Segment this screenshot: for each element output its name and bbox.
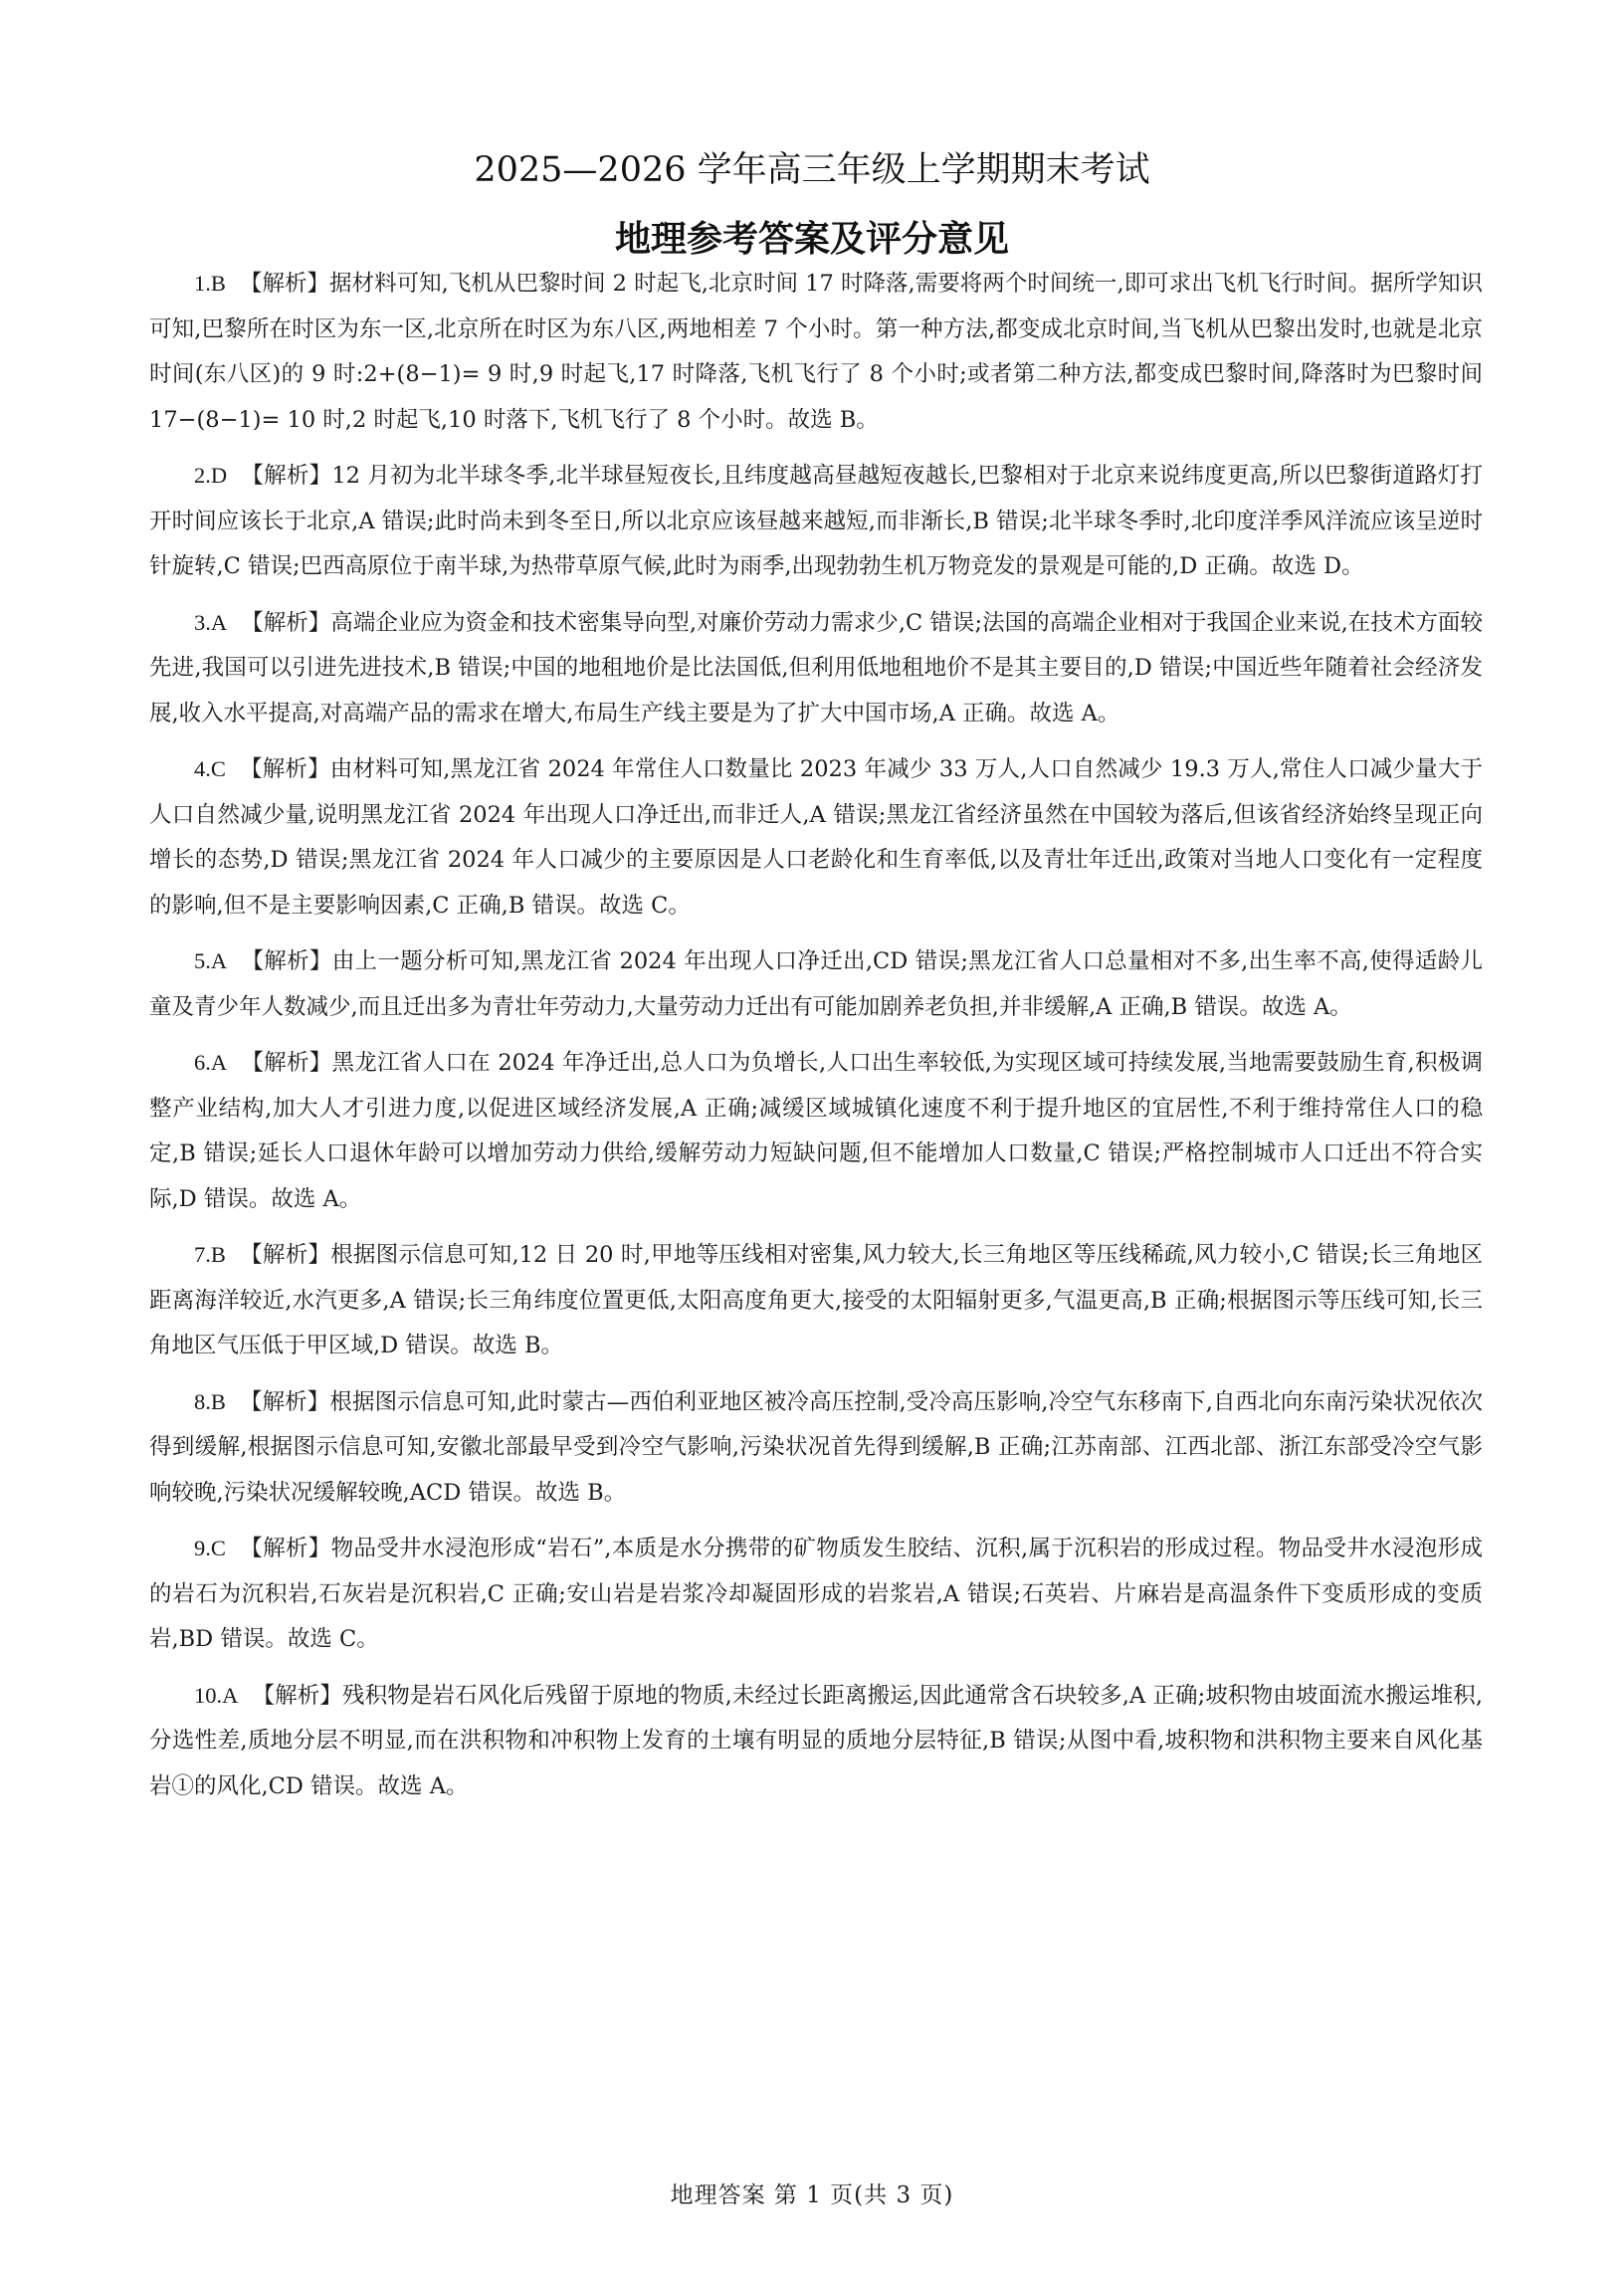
answer-item-10: 10.A【解析】残积物是岩石风化后残留于原地的物质,未经过长距离搬运,因此通常含…	[149, 1673, 1483, 1810]
answer-explanation: 根据图示信息可知,12 日 20 时,甲地等压线相对密集,风力较大,长三角地区等…	[149, 1242, 1483, 1358]
answer-number: 5.A	[194, 948, 227, 973]
page-footer: 地理答案 第 1 页(共 3 页)	[0, 2176, 1624, 2209]
answer-explanation: 高端企业应为资金和技术密集导向型,对廉价劳动力需求少,C 错误;法国的高端企业相…	[149, 610, 1483, 726]
analysis-tag: 【解析】	[240, 756, 330, 782]
answer-explanation: 由上一题分析可知,黑龙江省 2024 年出现人口净迁出,CD 错误;黑龙江省人口…	[149, 948, 1483, 1020]
answer-number: 7.B	[194, 1242, 226, 1267]
answer-item-6: 6.A【解析】黑龙江省人口在 2024 年净迁出,总人口为负增长,人口出生率较低…	[149, 1040, 1483, 1222]
analysis-tag: 【解析】	[240, 1536, 331, 1561]
answer-number: 6.A	[194, 1050, 227, 1075]
answer-explanation: 黑龙江省人口在 2024 年净迁出,总人口为负增长,人口出生率较低,为实现区域可…	[149, 1050, 1483, 1212]
answer-explanation: 12 月初为北半球冬季,北半球昼短夜长,且纬度越高昼越短夜越长,巴黎相对于北京来…	[149, 463, 1483, 579]
answer-explanation: 根据图示信息可知,此时蒙古—西伯利亚地区被冷高压控制,受冷高压影响,冷空气东移南…	[149, 1389, 1483, 1506]
analysis-tag: 【解析】	[240, 1242, 330, 1268]
answer-item-8: 8.B【解析】根据图示信息可知,此时蒙古—西伯利亚地区被冷高压控制,受冷高压影响…	[149, 1379, 1483, 1517]
answer-item-9: 9.C【解析】物品受井水浸泡形成“岩石”,本质是水分携带的矿物质发生胶结、沉积,…	[149, 1526, 1483, 1663]
answer-explanation: 据材料可知,飞机从巴黎时间 2 时起飞,北京时间 17 时降落,需要将两个时间统…	[149, 271, 1483, 433]
answer-number: 10.A	[194, 1683, 238, 1708]
analysis-tag: 【解析】	[241, 610, 330, 636]
answer-explanation: 物品受井水浸泡形成“岩石”,本质是水分携带的矿物质发生胶结、沉积,属于沉积岩的形…	[149, 1536, 1483, 1652]
answer-key-subtitle: 地理参考答案及评分意见	[0, 211, 1624, 262]
answer-item-3: 3.A【解析】高端企业应为资金和技术密集导向型,对廉价劳动力需求少,C 错误;法…	[149, 600, 1483, 737]
answer-number: 8.B	[194, 1389, 226, 1414]
answer-number: 4.C	[194, 756, 226, 781]
answer-item-1: 1.B【解析】据材料可知,飞机从巴黎时间 2 时起飞,北京时间 17 时降落,需…	[149, 261, 1483, 443]
analysis-tag: 【解析】	[241, 463, 331, 489]
answer-explanation: 残积物是岩石风化后残留于原地的物质,未经过长距离搬运,因此通常含石块较多,A 正…	[149, 1683, 1483, 1799]
answer-explanation: 由材料可知,黑龙江省 2024 年常住人口数量比 2023 年减少 33 万人,…	[149, 756, 1483, 919]
answer-key-page: 2025—2026 学年高三年级上学期期末考试 地理参考答案及评分意见 1.B【…	[0, 0, 1624, 2280]
analysis-tag: 【解析】	[240, 271, 329, 297]
analysis-tag: 【解析】	[241, 948, 332, 974]
analysis-tag: 【解析】	[252, 1683, 342, 1709]
exam-title: 2025—2026 学年高三年级上学期期末考试	[0, 142, 1624, 192]
answer-number: 2.D	[194, 463, 227, 488]
answer-number: 3.A	[194, 610, 227, 635]
answer-item-5: 5.A【解析】由上一题分析可知,黑龙江省 2024 年出现人口净迁出,CD 错误…	[149, 938, 1483, 1030]
answer-item-7: 7.B【解析】根据图示信息可知,12 日 20 时,甲地等压线相对密集,风力较大…	[149, 1232, 1483, 1369]
answer-item-4: 4.C【解析】由材料可知,黑龙江省 2024 年常住人口数量比 2023 年减少…	[149, 746, 1483, 929]
answer-list: 1.B【解析】据材料可知,飞机从巴黎时间 2 时起飞,北京时间 17 时降落,需…	[149, 261, 1483, 1809]
answer-number: 1.B	[194, 271, 226, 296]
analysis-tag: 【解析】	[240, 1389, 329, 1415]
answer-item-2: 2.D【解析】12 月初为北半球冬季,北半球昼短夜长,且纬度越高昼越短夜越长,巴…	[149, 453, 1483, 590]
answer-number: 9.C	[194, 1536, 226, 1560]
analysis-tag: 【解析】	[241, 1050, 331, 1076]
